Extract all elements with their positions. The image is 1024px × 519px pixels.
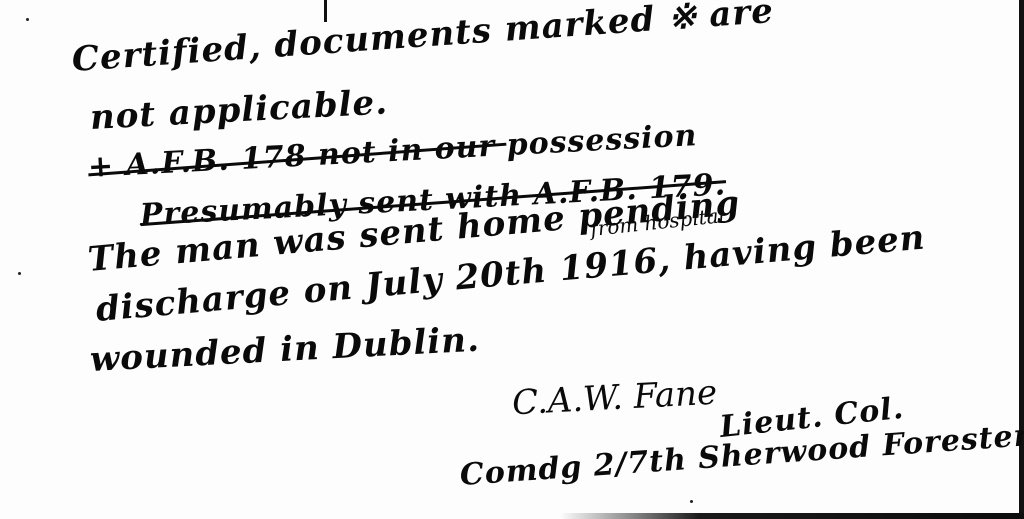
ink-speck xyxy=(690,500,693,503)
asterism-marker-icon: ※ xyxy=(667,0,698,38)
struck-text-1: + A.F.B. 178 not in our xyxy=(87,128,507,185)
body-line-5: wounded in Dublin. xyxy=(89,320,481,380)
line1-text: Certified, documents marked xyxy=(71,0,657,80)
signature-name: C.A.W. Fane xyxy=(511,373,718,424)
ink-speck xyxy=(18,272,21,275)
line1-text-after: are xyxy=(708,0,775,35)
struck-line1-remaining: possession xyxy=(506,118,698,163)
margin-mark xyxy=(324,0,327,22)
plus-mark: + xyxy=(87,149,115,185)
ink-speck xyxy=(26,18,29,21)
scan-edge-bottom xyxy=(560,513,1024,519)
document-page: Certified, documents marked ※ are not ap… xyxy=(0,0,1024,519)
line5-text: wounded in Dublin. xyxy=(89,320,481,380)
line2-text: not applicable. xyxy=(89,82,389,138)
body-line-1: Certified, documents marked ※ are xyxy=(71,0,775,80)
body-line-2: not applicable. xyxy=(89,82,389,138)
struck-phrase: A.F.B. 178 not in our xyxy=(125,129,496,183)
